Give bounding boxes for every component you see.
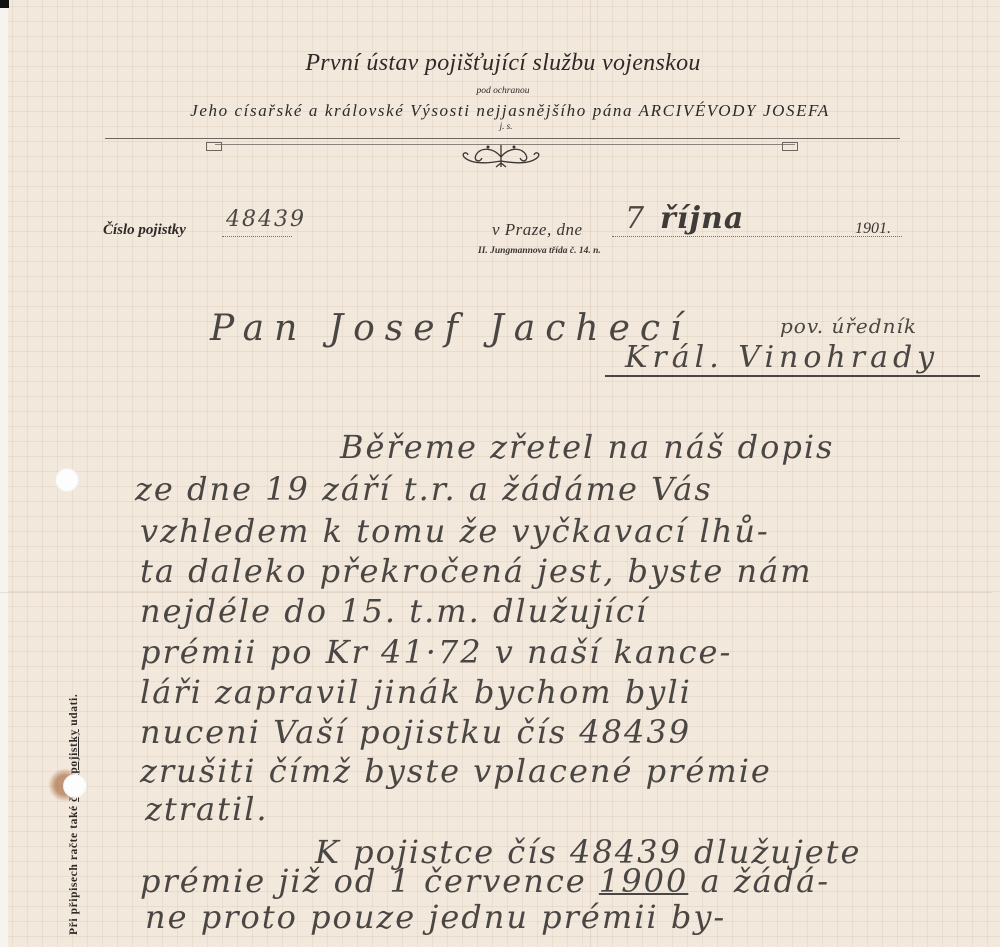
body-line: ztratil. — [145, 790, 269, 828]
recipient-underline — [605, 375, 980, 377]
body-line: nejdéle do 15. t.m. dlužující — [140, 592, 648, 630]
recipient-name: Pan Josef Jachecí — [210, 308, 692, 349]
body-line: vzhledem k tomu že vyčkavací lhů- — [140, 512, 770, 550]
body-line: zrušiti čímž byste vplacené prémie — [140, 752, 772, 790]
recipient-city: Král. Vinohrady — [625, 340, 939, 375]
body-line-tail: a žádá- — [700, 862, 830, 900]
punch-hole-upper — [55, 468, 79, 492]
margin-note-suffix: udati. — [68, 694, 80, 726]
margin-note-prefix: Při připisech račte také — [68, 805, 80, 935]
body-line-text: prémie již od 1 července — [140, 862, 587, 900]
body-line: Běřeme zřetel na náš dopis — [340, 428, 834, 466]
body-line: ze dne 19 září t.r. a žádáme Vás — [135, 470, 713, 508]
policy-number-dotted-line — [222, 236, 292, 237]
policy-number-label: Číslo pojistky — [103, 222, 186, 239]
date-year: 1901. — [855, 220, 891, 238]
body-line: prémie již od 1 července 1900 a žádá- — [140, 862, 830, 900]
letterhead-under-protection: pod ochranou — [3, 86, 1000, 96]
policy-number-value: 48439 — [226, 207, 306, 232]
margin-note: Při připisech račte také číslo pojistky … — [68, 694, 80, 935]
header-rule — [105, 138, 900, 139]
punch-hole-lower — [63, 774, 87, 798]
scan-edge — [0, 0, 9, 8]
place-date-label: v Praze, dne — [492, 220, 583, 240]
letterhead-title: První ústav pojišťující službu vojenskou — [3, 50, 1000, 77]
body-line: prémii po Kr 41·72 v naší kance- — [140, 633, 732, 671]
date-day: 7 — [625, 201, 644, 236]
letterhead-patron: Jeho císařské a královské Výsosti nejjas… — [10, 101, 1000, 121]
bracket-ornament-right-icon — [782, 142, 798, 151]
date-month: října — [660, 201, 744, 236]
body-line: nuceni Vaší pojistku čís 48439 — [140, 713, 691, 751]
body-line: láři zapravil jinák bychom byli — [140, 673, 692, 711]
body-line: ta daleko překročená jest, byste nám — [140, 552, 813, 590]
recipient-title: pov. úředník — [780, 314, 917, 338]
body-line: ne proto pouze jednu prémii by- — [145, 898, 726, 936]
flourish-ornament-icon — [458, 143, 544, 169]
bracket-ornament-left-icon — [206, 142, 222, 151]
underlined-year: 1900 — [599, 862, 688, 900]
letterhead-suffix: j. s. — [6, 121, 1000, 131]
sender-address: II. Jungmannova třída č. 14. n. — [478, 246, 601, 256]
